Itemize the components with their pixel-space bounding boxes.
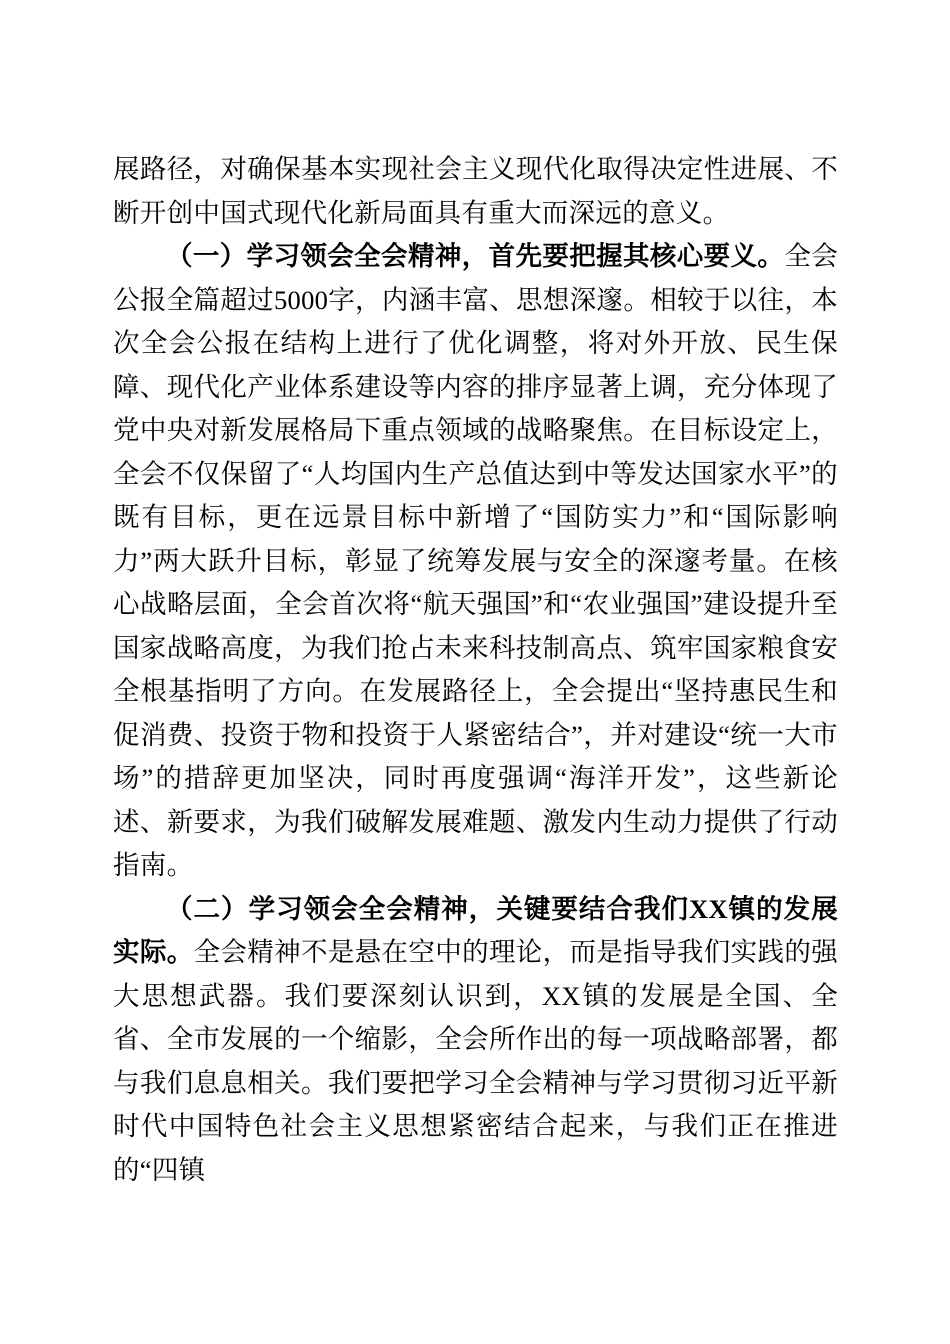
paragraph-lead-bold: （一）学习领会全会精神，首先要把握其核心要义。 <box>166 241 784 271</box>
paragraph-body-text: 全会精神不是悬在空中的理论，而是指导我们实践的强大思想武器。我们要深刻认识到，X… <box>113 937 838 1185</box>
document-body: 展路径，对确保基本实现社会主义现代化取得决定性进展、不断开创中国式现代化新局面具… <box>113 148 838 1192</box>
paragraph-body-text: 展路径，对确保基本实现社会主义现代化取得决定性进展、不断开创中国式现代化新局面具… <box>113 154 838 228</box>
paragraph-section-2: （二）学习领会全会精神，关键要结合我们XX镇的发展实际。全会精神不是悬在空中的理… <box>113 888 838 1193</box>
paragraph-body-text: 全会公报全篇超过5000字，内涵丰富、思想深邃。相较于以往，本次全会公报在结构上… <box>113 241 838 880</box>
paragraph-continuation: 展路径，对确保基本实现社会主义现代化取得决定性进展、不断开创中国式现代化新局面具… <box>113 148 838 235</box>
paragraph-section-1: （一）学习领会全会精神，首先要把握其核心要义。全会公报全篇超过5000字，内涵丰… <box>113 235 838 888</box>
document-page: 展路径，对确保基本实现社会主义现代化取得决定性进展、不断开创中国式现代化新局面具… <box>0 0 950 1344</box>
